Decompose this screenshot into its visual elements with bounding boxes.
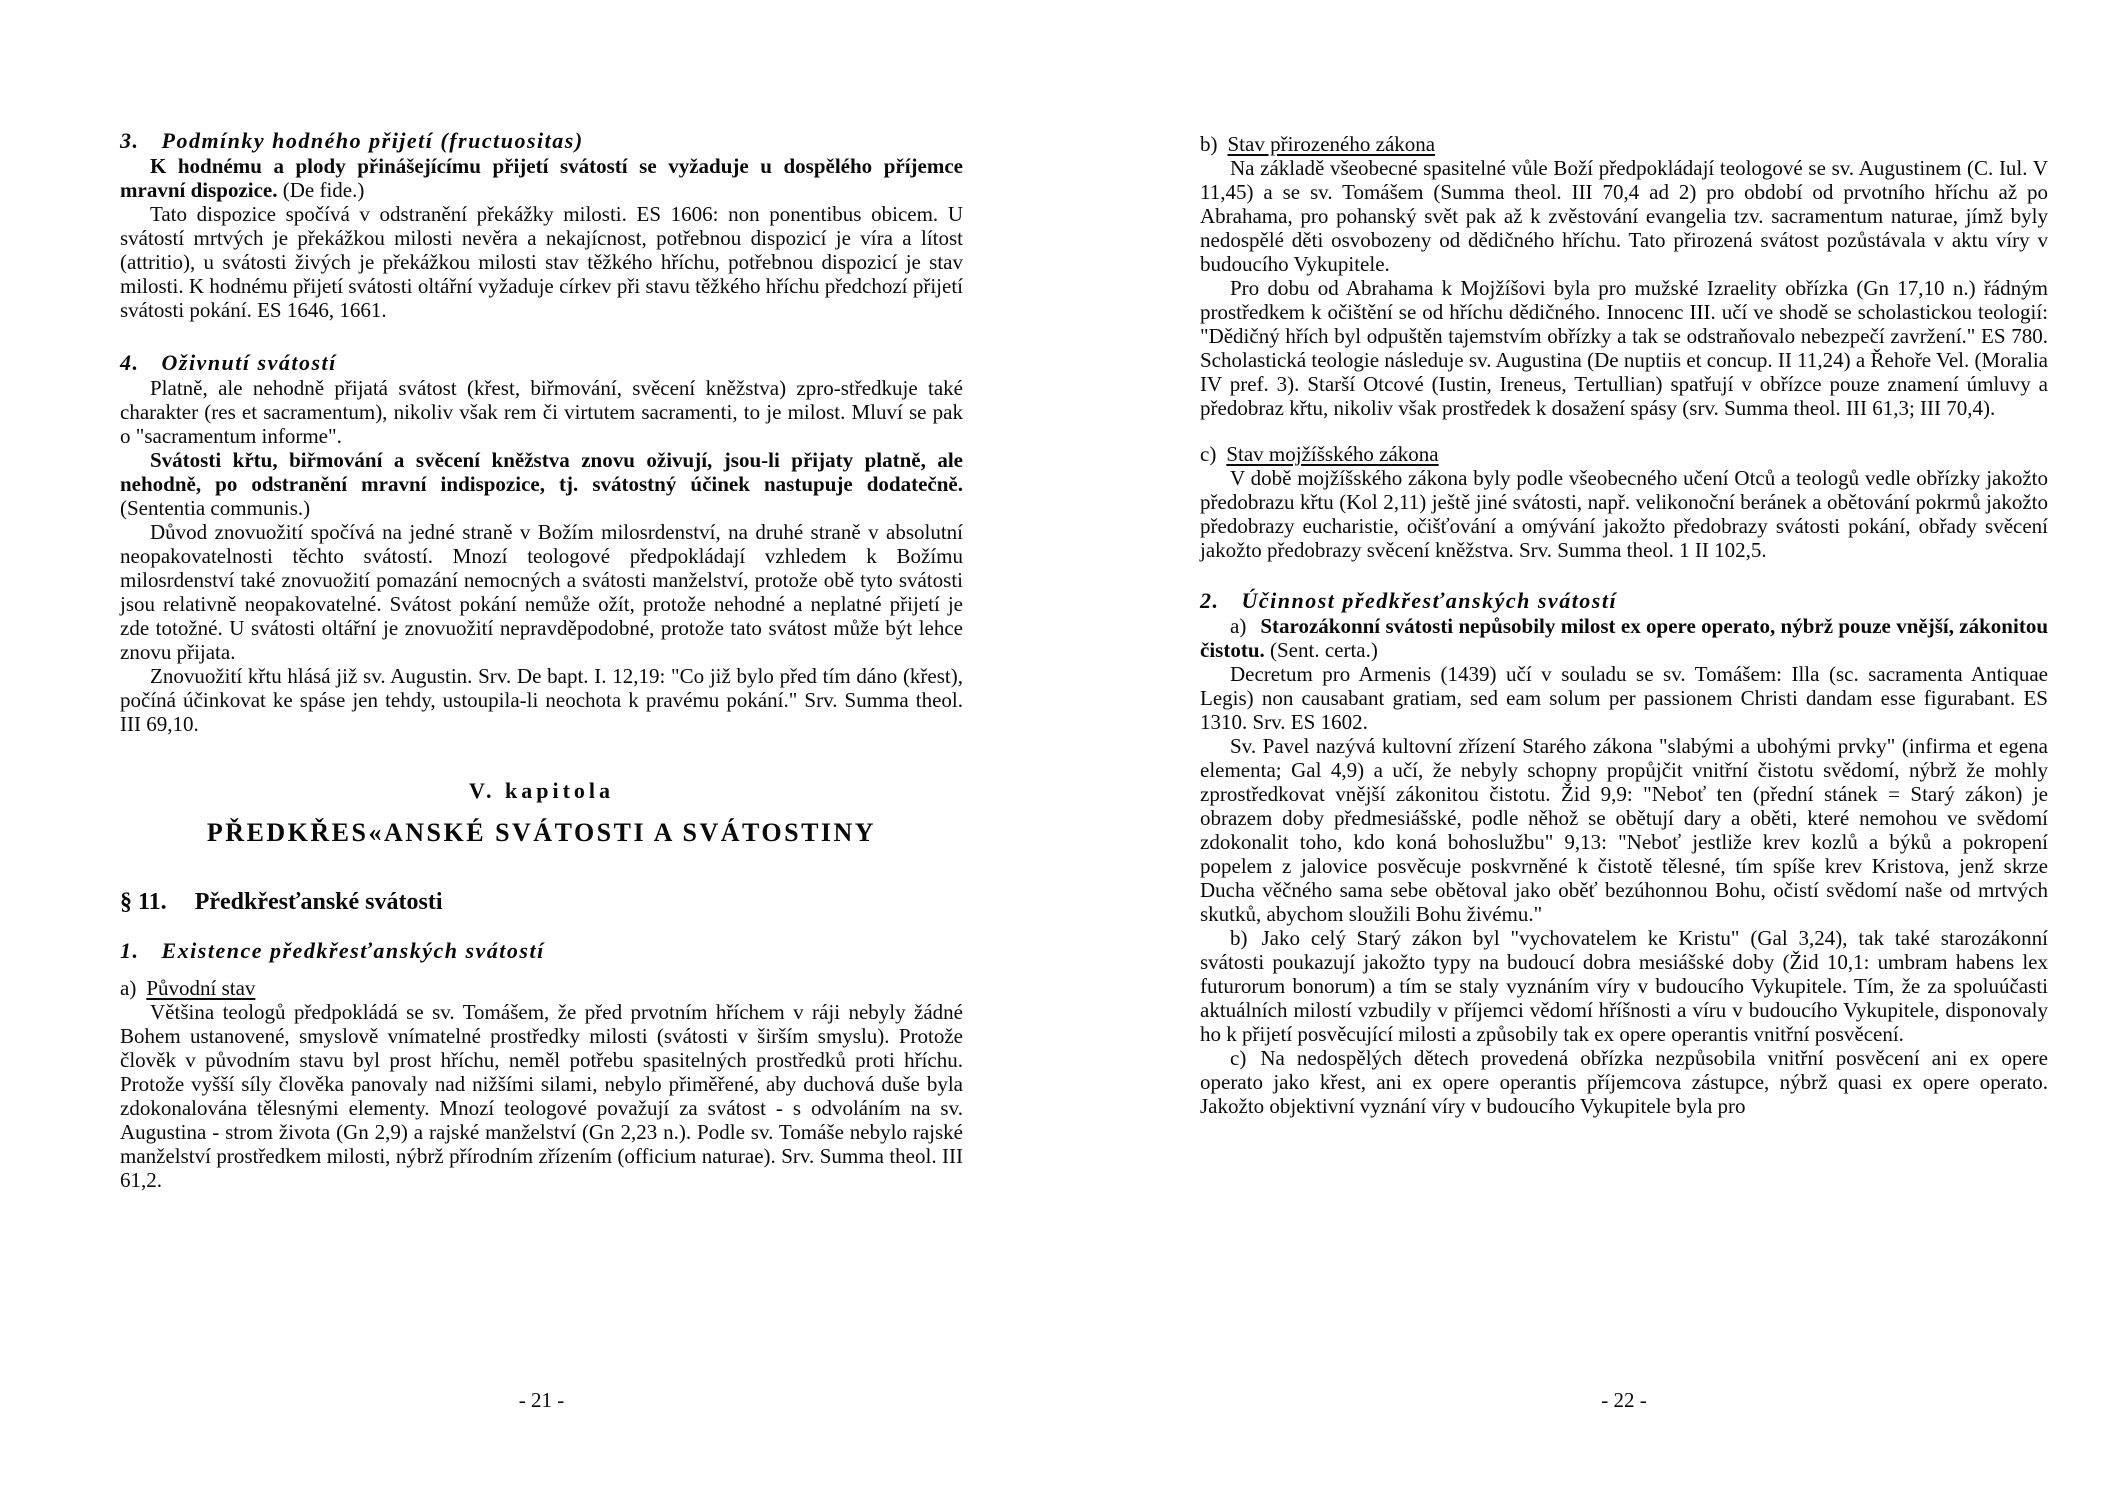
paragraph-sv-pavel: Sv. Pavel nazývá kultovní zřízení Staréh…	[1200, 734, 2048, 926]
item-label: c)	[1230, 1046, 1246, 1070]
heading-number: 2.	[1200, 588, 1220, 613]
section-title: Předkřesťanské svátosti	[195, 889, 443, 915]
heading-number: 3.	[120, 128, 140, 153]
heading-podminky: 3.Podmínky hodného přijetí (fructuositas…	[120, 128, 963, 154]
page-22: b)Stav přirozeného zákona Na základě vše…	[1200, 112, 2048, 1118]
item-title-underlined: Původní stav	[146, 976, 255, 1000]
paragraph-v-dobe: V době mojžíšského zákona byly podle vše…	[1200, 466, 2048, 562]
heading-text: Existence předkřesťanských svátostí	[162, 938, 545, 963]
paragraph-pro-dobu: Pro dobu od Abrahama k Mojžíšovi byla pr…	[1200, 276, 2048, 420]
thesis-qualification: (Sententia communis.)	[120, 496, 310, 520]
page-21: 3.Podmínky hodného přijetí (fructuositas…	[120, 112, 963, 1192]
paragraph-duvod: Důvod znovuožití spočívá na jedné straně…	[120, 520, 963, 664]
chapter-label: V. kapitola	[120, 778, 963, 804]
heading-number: 4.	[120, 350, 140, 375]
item-heading-a: a)Původní stav	[120, 976, 963, 1000]
heading-ozivnuti: 4.Oživnutí svátostí	[120, 350, 963, 376]
item-label: a)	[120, 976, 136, 1000]
paragraph-platne: Platně, ale nehodně přijatá svátost (kře…	[120, 376, 963, 448]
page-number-22: - 22 -	[1200, 1388, 2048, 1413]
section-heading-11: § 11.Předkřesťanské svátosti	[120, 888, 963, 916]
paragraph-vetsina: Většina teologů předpokládá se sv. Tomáš…	[120, 1000, 963, 1192]
paragraph-text: Jako celý Starý zákon byl "vychovatelem …	[1200, 926, 2048, 1046]
item-heading-c: c)Stav mojžíšského zákona	[1200, 442, 2048, 466]
paragraph-svatosti-krtu: Svátosti křtu, biřmování a svěcení kněžs…	[120, 448, 963, 520]
paragraph-na-nedospelych: c)Na nedospělých dětech provedená obřízk…	[1200, 1046, 2048, 1118]
item-label: a)	[1230, 614, 1246, 638]
item-title-underlined: Stav mojžíšského zákona	[1226, 442, 1438, 466]
paragraph-text: Na nedospělých dětech provedená obřízka …	[1200, 1046, 2048, 1118]
heading-text: Oživnutí svátostí	[162, 350, 337, 375]
paragraph-k-hodnemu: K hodnému a plody přinášejícímu přijetí …	[120, 154, 963, 202]
page-number-21: - 21 -	[120, 1388, 963, 1413]
item-title-underlined: Stav přirozeného zákona	[1228, 132, 1436, 156]
paragraph-na-zaklade: Na základě všeobecné spasitelné vůle Bož…	[1200, 156, 2048, 276]
item-label: b)	[1230, 926, 1248, 950]
thesis-bold: K hodnému a plody přinášejícímu přijetí …	[120, 154, 963, 202]
item-label: b)	[1200, 132, 1218, 156]
subheading-ucinnost: 2.Účinnost předkřesťanských svátostí	[1200, 588, 2048, 614]
chapter-title: PŘEDKŘES«ANSKÉ SVÁTOSTI A SVÁTOSTINY	[120, 818, 963, 848]
item-heading-b: b)Stav přirozeného zákona	[1200, 132, 2048, 156]
heading-text: Účinnost předkřesťanských svátostí	[1242, 588, 1618, 613]
paragraph-znovuoziti: Znovuožití křtu hlásá již sv. Augustin. …	[120, 664, 963, 736]
heading-number: 1.	[120, 938, 140, 963]
thesis-bold: Svátosti křtu, biřmování a svěcení kněžs…	[120, 448, 963, 496]
paragraph-decretum: Decretum pro Armenis (1439) učí v soulad…	[1200, 662, 2048, 734]
paragraph-starozakonni: a)Starozákonní svátosti nepůsobily milos…	[1200, 614, 2048, 662]
section-number: § 11.	[120, 889, 167, 915]
paragraph-tato-dispozice: Tato dispozice spočívá v odstranění přek…	[120, 202, 963, 322]
thesis-qualification: (Sent. certa.)	[1265, 638, 1378, 662]
document-spread: 3.Podmínky hodného přijetí (fructuositas…	[0, 0, 2122, 1501]
paragraph-jako-cely: b)Jako celý Starý zákon byl "vychovatele…	[1200, 926, 2048, 1046]
thesis-qualification: (De fide.)	[278, 178, 365, 202]
heading-text: Podmínky hodného přijetí (fructuositas)	[162, 128, 584, 153]
subheading-existence: 1.Existence předkřesťanských svátostí	[120, 938, 963, 964]
item-label: c)	[1200, 442, 1216, 466]
